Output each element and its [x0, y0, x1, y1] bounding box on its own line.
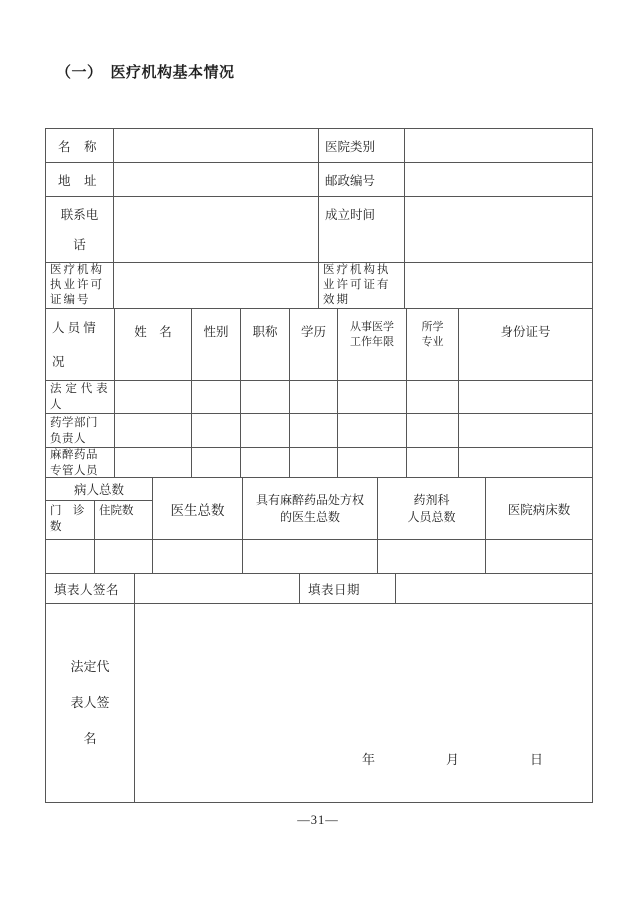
- filler-signature-label: 填表人签名: [46, 574, 135, 604]
- narcotic-sup-id-cell: [459, 448, 592, 478]
- legal-rep-id-cell: [459, 381, 592, 414]
- legal-rep-years-cell: [338, 381, 407, 414]
- document-page: （一） 医疗机构基本情况 名 称 医院类别 地 址 邮政编号 联系电 话 成立时…: [0, 0, 636, 900]
- pharmacy-head-id-cell: [459, 414, 592, 448]
- legal-signature-area: 年 月 日: [135, 604, 592, 802]
- col-header-education: 学历: [290, 309, 338, 381]
- pharmacy-head-name-cell: [115, 414, 192, 448]
- phone-label: 联系电 话: [46, 197, 114, 263]
- narcotic-supervisor-label: 麻醉药品 专管人员: [46, 448, 115, 478]
- narcotic-sup-major-cell: [407, 448, 459, 478]
- patients-total-label: 病人总数: [46, 478, 153, 501]
- row-pharmacy-head: 药学部门 负责人: [46, 414, 592, 448]
- legal-rep-major-cell: [407, 381, 459, 414]
- pharmacy-staff-total-label: 药剂科 人员总数: [378, 478, 486, 540]
- pharmacy-head-education-cell: [290, 414, 338, 448]
- row-personnel-header: 人 员 情 况 姓 名 性别 职称 学历 从事医学 工作年限 所学 专业 身份证…: [46, 309, 592, 381]
- doctors-total-label: 医生总数: [153, 478, 243, 540]
- hospital-type-label: 医院类别: [319, 129, 405, 163]
- row-legal-signature: 法定代 表人签 名 年 月 日: [46, 604, 592, 802]
- pharmacy-head-gender-cell: [192, 414, 241, 448]
- row-legal-representative: 法 定 代 表 人: [46, 381, 592, 414]
- legal-rep-name-cell: [115, 381, 192, 414]
- row-stats-values: [46, 540, 592, 574]
- postcode-value-cell: [405, 163, 592, 197]
- col-header-major: 所学 专业: [407, 309, 459, 381]
- outpatient-count-value-cell: [46, 540, 95, 574]
- col-header-name: 姓 名: [115, 309, 192, 381]
- legal-rep-education-cell: [290, 381, 338, 414]
- row-phone: 联系电 话 成立时间: [46, 197, 592, 263]
- row-stats-header: 病人总数 门 诊 数 住院数 医生总数 具有麻醉药品处方权 的医生总数 药剂科 …: [46, 478, 592, 540]
- narcotic-doctors-value-cell: [243, 540, 378, 574]
- inpatient-count-label: 住院数: [95, 501, 153, 540]
- narcotic-sup-title-cell: [241, 448, 290, 478]
- pharmacy-head-years-cell: [338, 414, 407, 448]
- founded-value-cell: [405, 197, 592, 263]
- license-validity-value-cell: [405, 263, 592, 309]
- inpatient-count-value-cell: [95, 540, 153, 574]
- form-date-value-cell: [396, 574, 592, 604]
- license-validity-label: 医疗机构执 业许可证有 效期: [319, 263, 405, 309]
- legal-signature-label: 法定代 表人签 名: [46, 604, 135, 802]
- narcotic-sup-years-cell: [338, 448, 407, 478]
- license-no-value-cell: [114, 263, 319, 309]
- pharmacy-head-label: 药学部门 负责人: [46, 414, 115, 448]
- hospital-beds-value-cell: [486, 540, 592, 574]
- form-date-label: 填表日期: [300, 574, 396, 604]
- hospital-beds-label: 医院病床数: [486, 478, 592, 540]
- page-title: （一） 医疗机构基本情况: [56, 61, 235, 82]
- narcotic-prescribing-doctors-label: 具有麻醉药品处方权 的医生总数: [243, 478, 378, 540]
- personnel-group-label: 人 员 情 况: [46, 309, 115, 381]
- legal-rep-gender-cell: [192, 381, 241, 414]
- legal-representative-label: 法 定 代 表 人: [46, 381, 115, 414]
- pharmacy-head-major-cell: [407, 414, 459, 448]
- pharmacy-head-title-cell: [241, 414, 290, 448]
- name-label: 名 称: [46, 129, 114, 163]
- row-name: 名 称 医院类别: [46, 129, 592, 163]
- address-label: 地 址: [46, 163, 114, 197]
- page-number: —31—: [0, 813, 636, 828]
- pharmacy-staff-value-cell: [378, 540, 486, 574]
- row-license: 医疗机构 执业许可 证编号 医疗机构执 业许可证有 效期: [46, 263, 592, 309]
- doctors-total-value-cell: [153, 540, 243, 574]
- founded-label: 成立时间: [319, 197, 405, 263]
- medical-institution-form-table: 名 称 医院类别 地 址 邮政编号 联系电 话 成立时间 医疗机构 执业许可 证…: [45, 128, 593, 803]
- filler-signature-value-cell: [135, 574, 300, 604]
- phone-value-cell: [114, 197, 319, 263]
- narcotic-sup-gender-cell: [192, 448, 241, 478]
- year-month-day-line: 年 月 日: [362, 749, 544, 768]
- legal-rep-title-cell: [241, 381, 290, 414]
- col-header-gender: 性别: [192, 309, 241, 381]
- col-header-title: 职称: [241, 309, 290, 381]
- address-value-cell: [114, 163, 319, 197]
- col-header-years: 从事医学 工作年限: [338, 309, 407, 381]
- row-filler-signature: 填表人签名 填表日期: [46, 574, 592, 604]
- col-header-id: 身份证号: [459, 309, 592, 381]
- row-address: 地 址 邮政编号: [46, 163, 592, 197]
- name-value-cell: [114, 129, 319, 163]
- postcode-label: 邮政编号: [319, 163, 405, 197]
- hospital-type-value-cell: [405, 129, 592, 163]
- narcotic-sup-education-cell: [290, 448, 338, 478]
- patients-total-group: 病人总数 门 诊 数 住院数: [46, 478, 153, 540]
- narcotic-sup-name-cell: [115, 448, 192, 478]
- license-no-label: 医疗机构 执业许可 证编号: [46, 263, 114, 309]
- outpatient-count-label: 门 诊 数: [46, 501, 95, 540]
- row-narcotic-supervisor: 麻醉药品 专管人员: [46, 448, 592, 478]
